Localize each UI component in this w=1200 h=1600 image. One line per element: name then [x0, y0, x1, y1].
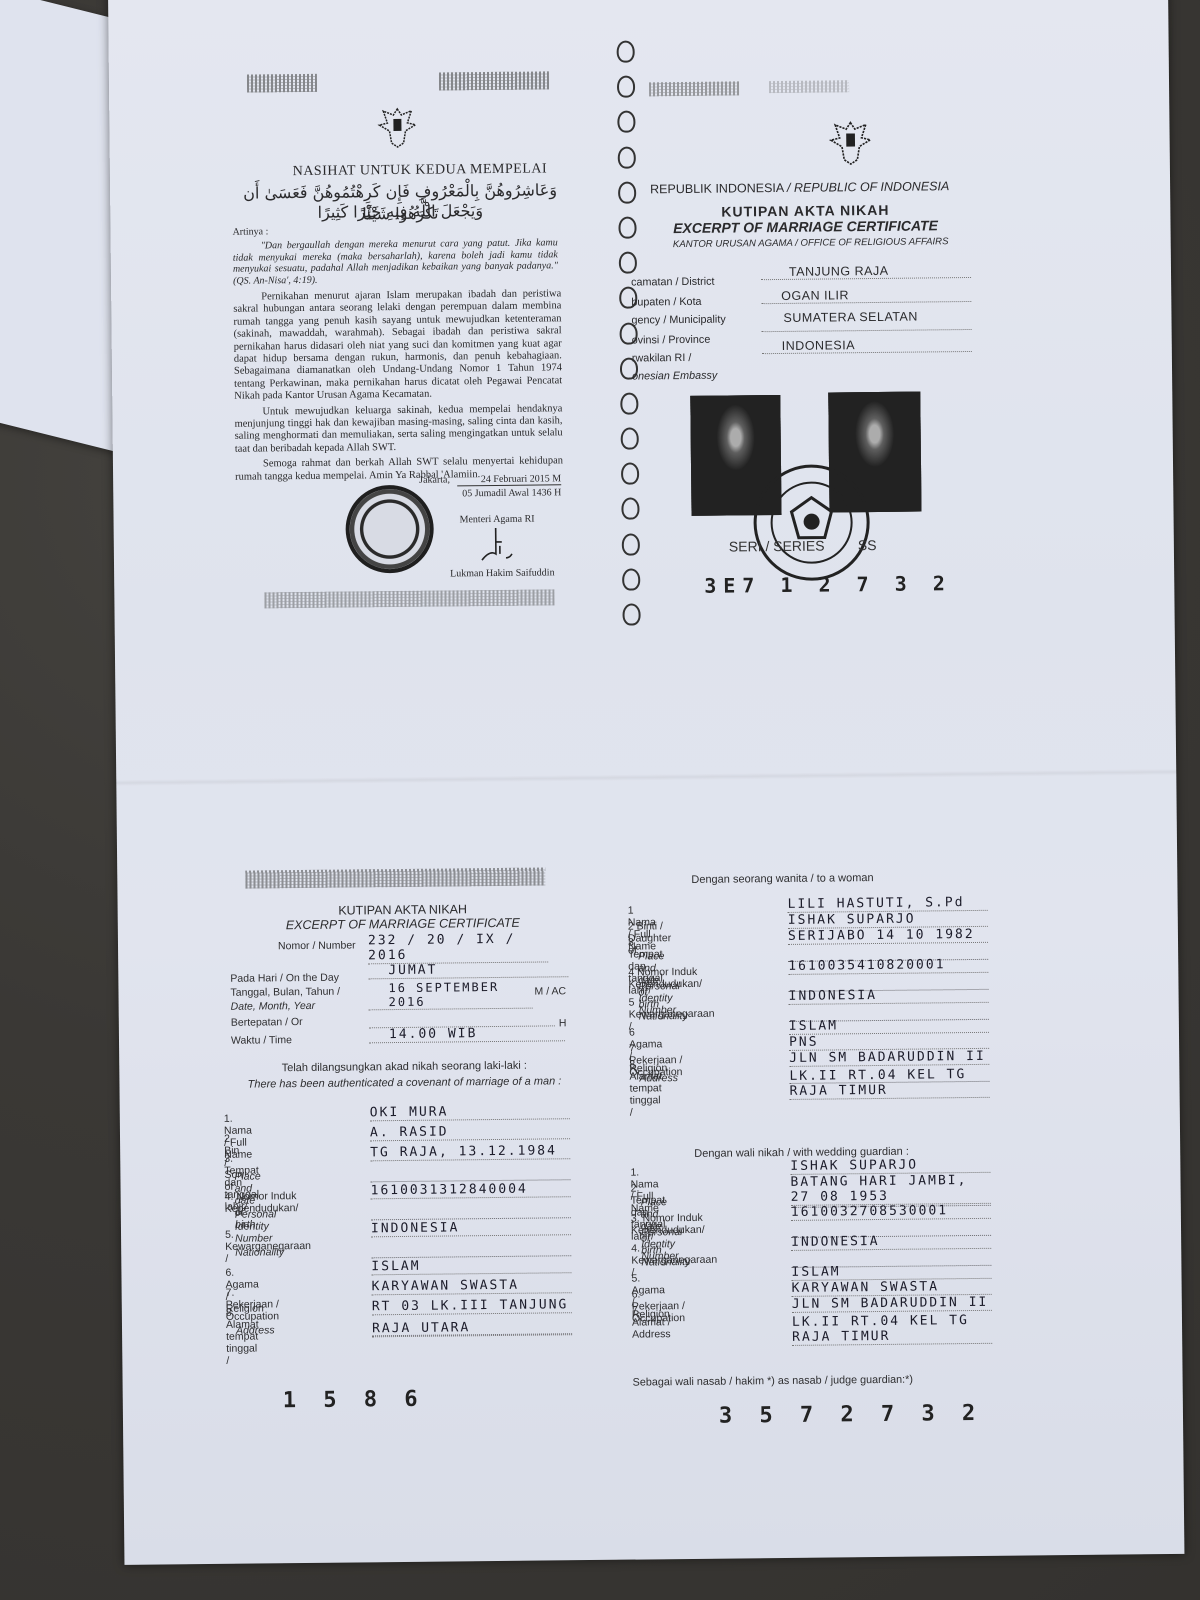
- security-print-pattern: [649, 81, 739, 96]
- advice-title: NASIHAT UNTUK KEDUA MEMPELAI: [260, 161, 580, 180]
- place-label: Jakarta,: [419, 474, 450, 485]
- date-label-en: Date, Month, Year: [231, 1000, 316, 1013]
- signer-name: Lukman Hakim Saifuddin: [450, 567, 555, 579]
- series-label: SERI / SERIES: [729, 538, 825, 555]
- marriage-certificate-document: NASIHAT UNTUK KEDUA MEMPELAI وَعَاشِرُوه…: [108, 0, 1184, 1565]
- bride-intro: Dengan seorang wanita / to a woman: [691, 872, 873, 886]
- guardian-field-value: 1610032708530001: [791, 1203, 991, 1221]
- groom-field-value-line2: RAJA UTARA: [372, 1319, 572, 1337]
- groom-field-value: RT 03 LK.III TANJUNG: [372, 1297, 572, 1315]
- advice-body: Pernikahan menurut ajaran Islam merupaka…: [233, 288, 563, 487]
- country-name-en: / REPUBLIC OF INDONESIA: [787, 179, 949, 195]
- time-value: 14.00 WIB: [369, 1025, 565, 1043]
- groom-field-sublabel: Nationality: [235, 1246, 284, 1259]
- guardian-field-value-line2: LK.II RT.04 KEL TG RAJA TIMUR: [792, 1313, 992, 1346]
- bride-field-sublabel: Nationality: [639, 1010, 688, 1023]
- groom-field-value: KARYAWAN SWASTA: [372, 1277, 572, 1295]
- bride-field-value: 1610035410820001: [788, 957, 988, 975]
- security-print-pattern: [769, 80, 849, 93]
- date-gregorian: 24 Februari 2015 M: [457, 473, 561, 486]
- day-value: JUMAT: [368, 961, 568, 979]
- perforated-number-right: 3 5 7 2 7 3 2: [719, 1401, 982, 1429]
- perforated-number-left: 1 5 8 6: [283, 1387, 425, 1413]
- quran-translation: "Dan bergaullah dengan mereka menurut ca…: [233, 237, 558, 286]
- bride-field-value-line2: LK.II RT.04 KEL TG RAJA TIMUR: [789, 1067, 989, 1100]
- security-print-pattern: [247, 74, 317, 93]
- guardian-field-value: BATANG HARI JAMBI, 27 08 1953: [790, 1173, 990, 1206]
- guardian-field-sublabel: Nationality: [641, 1256, 690, 1269]
- district-label: camatan / District: [631, 276, 715, 289]
- province-value: SUMATERA SELATAN: [783, 309, 973, 325]
- security-print-pattern: [439, 71, 549, 90]
- groom-field-value: A. RASID: [370, 1123, 570, 1141]
- embassy-label-en: onesian Embassy: [632, 370, 717, 383]
- groom-field-sublabel: Address: [236, 1324, 275, 1336]
- province-line: [762, 329, 972, 332]
- form-title-en: EXCERPT OF MARRIAGE CERTIFICATE: [258, 915, 548, 932]
- regency-value: OGAN ILIR: [761, 287, 971, 304]
- security-print-pattern: [264, 589, 554, 608]
- bride-field-value: INDONESIA: [788, 987, 988, 1005]
- groom-field-value: ISLAM: [371, 1257, 571, 1275]
- country-name: REPUBLIK INDONESIA: [650, 181, 784, 196]
- advice-paragraph-1: Pernikahan menurut ajaran Islam merupaka…: [233, 288, 562, 403]
- date-label: Tanggal, Bulan, Tahun /: [230, 986, 340, 999]
- number-label: Nomor / Number: [278, 939, 356, 952]
- garuda-emblem-icon: [377, 105, 417, 149]
- garuda-emblem-icon: [827, 118, 874, 166]
- groom-field-value: OKI MURA: [370, 1103, 570, 1121]
- certificate-number: 232 / 20 / IX / 2016: [368, 931, 548, 964]
- date-hijri: 05 Jumadil Awal 1436 H: [457, 487, 561, 499]
- country-header: REPUBLIK INDONESIA / REPUBLIC OF INDONES…: [650, 179, 949, 196]
- groom-intro: Telah dilangsungkan akad nikah seorang l…: [239, 1059, 569, 1074]
- quran-verse-line-2: وَيَجْعَلَ اللَّهُ فِيهِ خَيْرًا كَثِيرً…: [260, 199, 540, 224]
- embassy-value: INDONESIA: [762, 337, 972, 354]
- municipality-label: gency / Municipality: [631, 314, 725, 327]
- bride-field-value: JLN SM BADARUDDIN II: [789, 1049, 989, 1067]
- groom-field-value: TG RAJA, 13.12.1984: [370, 1143, 570, 1161]
- artinya-label: Artinya :: [232, 226, 268, 237]
- guardian-field-value: INDONESIA: [791, 1233, 991, 1251]
- guardian-field-label: 7. Alamat / Address: [632, 1304, 671, 1340]
- signature-icon: [476, 524, 516, 564]
- certificate-title-en: EXCERPT OF MARRIAGE CERTIFICATE: [650, 217, 960, 236]
- time-label: Waktu / Time: [231, 1034, 292, 1047]
- guardian-field-value: JLN SM BADARUDDIN II: [792, 1295, 992, 1313]
- groom-field-value: 1610031312840004: [371, 1181, 571, 1199]
- guardian-type-note: Sebagai wali nasab / hakim *) as nasab /…: [633, 1374, 913, 1389]
- ornament-border: [617, 40, 641, 625]
- day-label: Pada Hari / On the Day: [230, 972, 339, 985]
- regency-label: bupaten / Kota: [631, 296, 701, 309]
- district-value: TANJUNG RAJA: [761, 263, 971, 280]
- bride-field-label: 8 Alamat tempat tinggal /: [629, 1058, 662, 1118]
- date-suffix: M / AC: [534, 985, 566, 997]
- date-value: 16 SEPTEMBER 2016: [368, 980, 532, 1011]
- security-print-pattern: [245, 867, 545, 888]
- perforated-serial-number: 3E7 1 2 7 3 2: [704, 571, 952, 598]
- ministry-stamp: [753, 464, 870, 581]
- groom-field-value: INDONESIA: [371, 1219, 571, 1237]
- groom-intro-en: There has been authenticated a covenant …: [229, 1075, 579, 1091]
- bride-field-sublabel: Address: [639, 1072, 678, 1084]
- advice-paragraph-2: Untuk mewujudkan keluarga sakinah, kedua…: [234, 403, 563, 456]
- ministry-seal-icon: [345, 485, 434, 574]
- embassy-label: rwakilan RI /: [632, 352, 692, 365]
- or-label: Bertepatan / Or: [231, 1016, 303, 1029]
- bride-field-value: SERIJABO 14 10 1982: [788, 927, 988, 945]
- province-label: ovinsi / Province: [632, 334, 711, 347]
- series-suffix: SS: [858, 537, 877, 553]
- paper-fold-line: [116, 769, 1176, 786]
- office-name: KANTOR URUSAN AGAMA / OFFICE OF RELIGIOU…: [651, 236, 971, 250]
